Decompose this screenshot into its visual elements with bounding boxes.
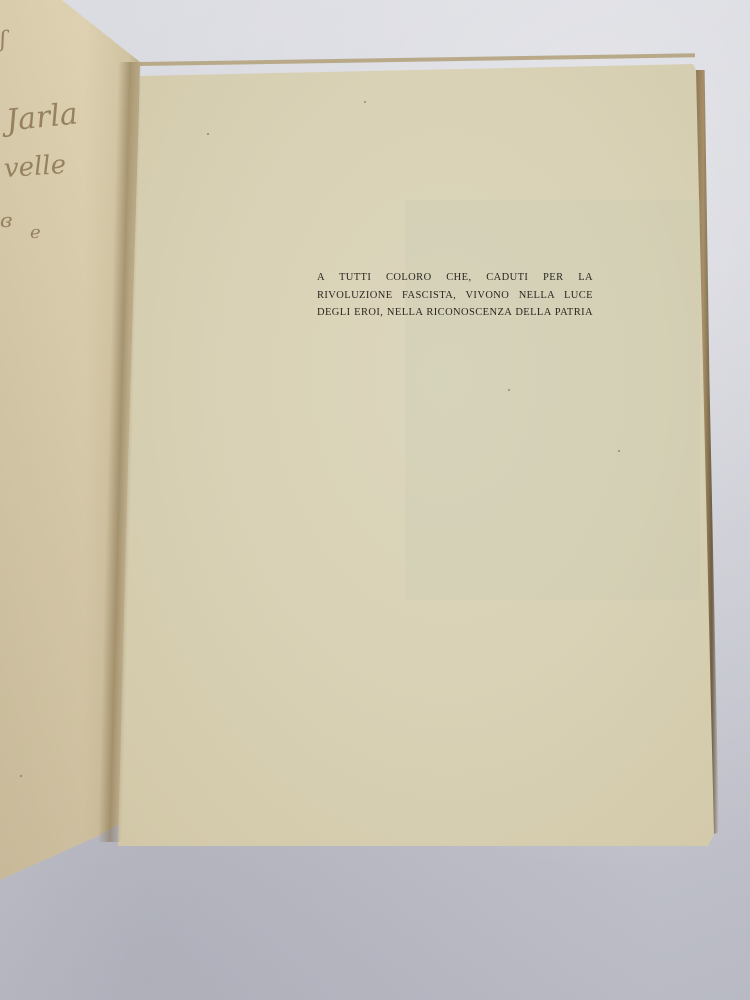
paper-speck: [20, 775, 22, 777]
dedication-text: A TUTTI COLORO CHE, CADUTI PER LA RIVOLU…: [317, 269, 593, 322]
dedication-line: RIVOLUZIONE FASCISTA, VIVONO NELLA LUCE: [317, 287, 593, 305]
handwriting-fragment: ʃ: [0, 28, 6, 53]
page-show-through: [405, 200, 700, 600]
paper-speck: [364, 101, 366, 103]
paper-speck: [207, 133, 209, 135]
handwriting-fragment: e: [30, 222, 41, 243]
handwriting-fragment: ɞ: [0, 208, 12, 232]
handwriting-fragment: Jarla: [4, 96, 79, 138]
paper-speck: [618, 450, 620, 452]
dedication-line: A TUTTI COLORO CHE, CADUTI PER LA: [317, 269, 593, 287]
dedication-line: DEGLI EROI, NELLA RICONOSCENZA DELLA PAT…: [317, 304, 593, 322]
paper-speck: [508, 389, 510, 391]
handwriting-fragment: velle: [3, 150, 67, 184]
